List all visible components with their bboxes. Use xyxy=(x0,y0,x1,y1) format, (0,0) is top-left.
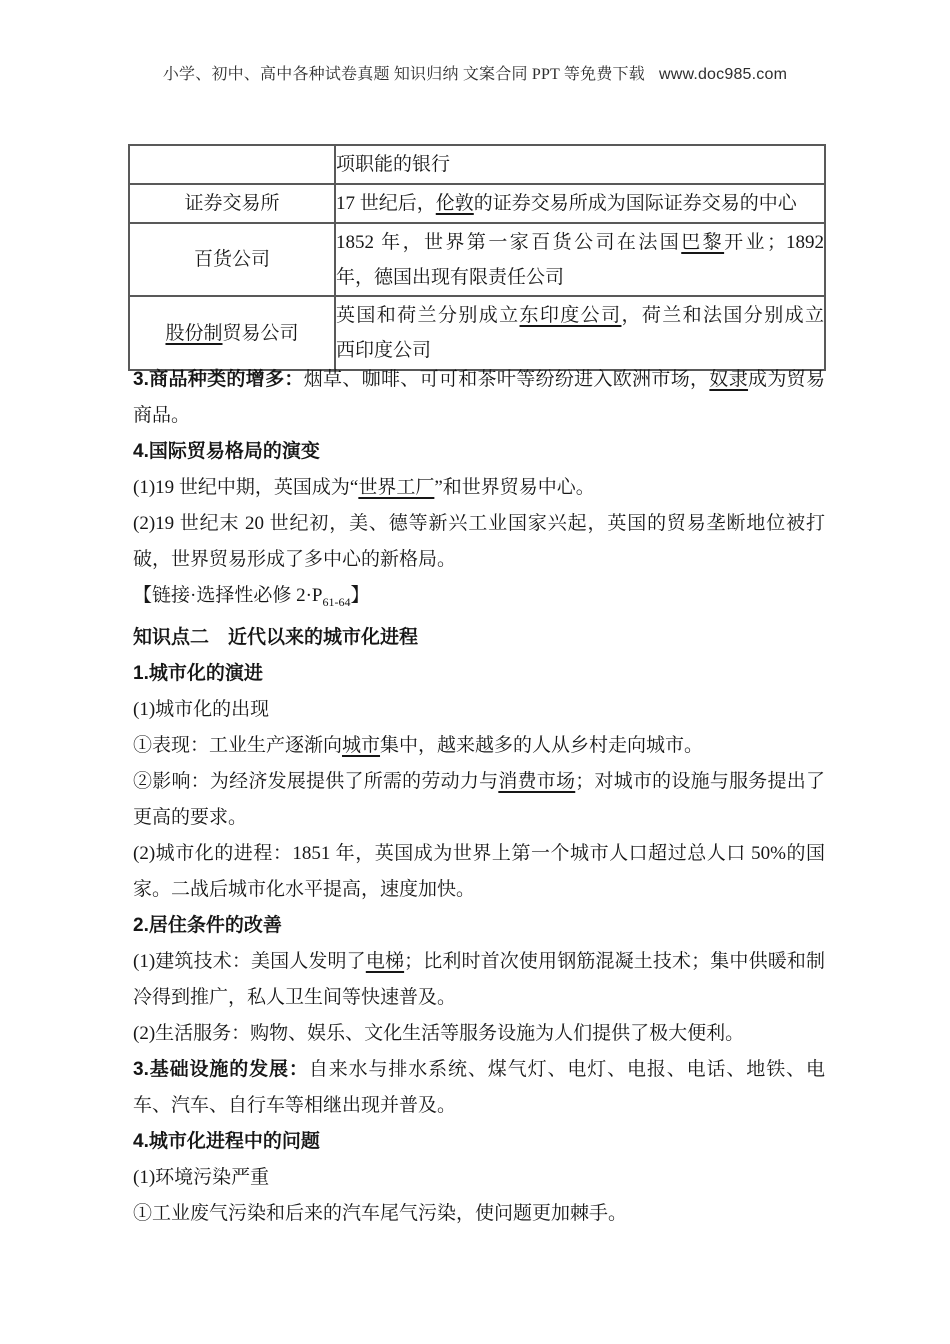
table-cell-description: 17 世纪后，伦敦的证券交易所成为国际证券交易的中心 xyxy=(335,184,825,223)
text-run: 61-64 xyxy=(322,595,350,609)
underlined-text: 巴黎 xyxy=(681,232,724,253)
text-run: 的证券交易所成为国际证券交易的中心 xyxy=(474,193,797,214)
table-cell-term xyxy=(129,145,335,184)
text-run: 英国和荷兰分别成立 xyxy=(336,305,520,326)
text-run: ②影响：为经济发展提供了所需的劳动力与 xyxy=(133,771,498,792)
text-run: (1)城市化的出现 xyxy=(133,699,269,720)
bold-text: 1.城市化的演进 xyxy=(133,663,263,684)
section-heading: 2.居住条件的改善 xyxy=(133,908,825,944)
document-body: 3.商品种类的增多：烟草、咖啡、可可和茶叶等纷纷进入欧洲市场，奴隶成为贸易商品。… xyxy=(133,362,825,1232)
table-cell-term: 股份制贸易公司 xyxy=(129,296,335,370)
table-cell-description: 1852 年，世界第一家百货公司在法国巴黎开业；1892年，德国出现有限责任公司 xyxy=(335,223,825,296)
text-run: 集中，越来越多的人从乡村走向城市。 xyxy=(380,735,703,756)
table-row: 证券交易所17 世纪后，伦敦的证券交易所成为国际证券交易的中心 xyxy=(129,184,825,223)
text-run: ，荷兰和法国分别成立 xyxy=(621,305,824,326)
text-run: 17 世纪后， xyxy=(336,193,436,214)
underlined-text: 城市 xyxy=(342,735,380,756)
content-table-body: 项职能的银行证券交易所17 世纪后，伦敦的证券交易所成为国际证券交易的中心百货公… xyxy=(129,145,825,370)
text-run: 百货公司 xyxy=(194,249,270,270)
text-run: 证券交易所 xyxy=(184,193,279,214)
underlined-text: 伦敦 xyxy=(436,193,474,214)
text-run: 贸易公司 xyxy=(223,323,299,344)
paragraph: (2)生活服务：购物、娱乐、文化生活等服务设施为人们提供了极大便利。 xyxy=(133,1016,825,1052)
cell-line: 项职能的银行 xyxy=(336,147,824,182)
text-run: ”和世界贸易中心。 xyxy=(434,477,594,498)
cell-line: 年，德国出现有限责任公司 xyxy=(336,260,824,295)
underlined-text: 奴隶 xyxy=(709,369,748,390)
cell-line: 17 世纪后，伦敦的证券交易所成为国际证券交易的中心 xyxy=(336,186,824,221)
text-run: 1852 年，世界第一家百货公司在法国 xyxy=(336,232,681,253)
bold-text: 3.基础设施的发展： xyxy=(133,1059,309,1080)
bold-text: 知识点二 近代以来的城市化进程 xyxy=(133,627,418,648)
paragraph: 3.商品种类的增多：烟草、咖啡、可可和茶叶等纷纷进入欧洲市场，奴隶成为贸易商品。 xyxy=(133,362,825,434)
section-heading: 知识点二 近代以来的城市化进程 xyxy=(133,620,825,656)
text-run: (1)建筑技术：美国人发明了 xyxy=(133,951,366,972)
text-run: 烟草、咖啡、可可和茶叶等纷纷进入欧洲市场， xyxy=(304,369,710,390)
underlined-text: 世界工厂 xyxy=(358,477,434,498)
text-run: (1)环境污染严重 xyxy=(133,1167,269,1188)
table-cell-description: 英国和荷兰分别成立东印度公司，荷兰和法国分别成立西印度公司 xyxy=(335,296,825,370)
text-run: 】 xyxy=(350,585,369,606)
section-heading: 1.城市化的演进 xyxy=(133,656,825,692)
paragraph: ①工业废气污染和后来的汽车尾气污染，使问题更加棘手。 xyxy=(133,1196,825,1232)
bold-text: 4.国际贸易格局的演变 xyxy=(133,441,320,462)
table-container: 项职能的银行证券交易所17 世纪后，伦敦的证券交易所成为国际证券交易的中心百货公… xyxy=(128,144,826,371)
text-run: 西印度公司 xyxy=(336,340,431,361)
section-heading: 4.城市化进程中的问题 xyxy=(133,1124,825,1160)
table-cell-term: 百货公司 xyxy=(129,223,335,296)
paragraph: 3.基础设施的发展：自来水与排水系统、煤气灯、电灯、电报、电话、地铁、电车、汽车… xyxy=(133,1052,825,1124)
content-table: 项职能的银行证券交易所17 世纪后，伦敦的证券交易所成为国际证券交易的中心百货公… xyxy=(128,144,826,371)
text-run: ①表现：工业生产逐渐向 xyxy=(133,735,342,756)
paragraph: (1)19 世纪中期，英国成为“世界工厂”和世界贸易中心。 xyxy=(133,470,825,506)
page-header: 小学、初中、高中各种试卷真题 知识归纳 文案合同 PPT 等免费下载www.do… xyxy=(0,63,950,87)
paragraph: (1)环境污染严重 xyxy=(133,1160,825,1196)
paragraph: (2)19 世纪末 20 世纪初，美、德等新兴工业国家兴起，英国的贸易垄断地位被… xyxy=(133,506,825,578)
table-row: 股份制贸易公司英国和荷兰分别成立东印度公司，荷兰和法国分别成立西印度公司 xyxy=(129,296,825,370)
table-cell-description: 项职能的银行 xyxy=(335,145,825,184)
underlined-text: 电梯 xyxy=(366,951,404,972)
text-run: (1)19 世纪中期，英国成为“ xyxy=(133,477,358,498)
bold-text: 4.城市化进程中的问题 xyxy=(133,1131,320,1152)
table-row: 百货公司1852 年，世界第一家百货公司在法国巴黎开业；1892年，德国出现有限… xyxy=(129,223,825,296)
paragraph: (1)城市化的出现 xyxy=(133,692,825,728)
header-site-link[interactable]: www.doc985.com xyxy=(659,66,787,83)
underlined-text: 股份制 xyxy=(165,323,222,344)
document-page: 小学、初中、高中各种试卷真题 知识归纳 文案合同 PPT 等免费下载www.do… xyxy=(0,0,950,1344)
header-text: 小学、初中、高中各种试卷真题 知识归纳 文案合同 PPT 等免费下载 xyxy=(163,66,645,83)
paragraph: (1)建筑技术：美国人发明了电梯；比利时首次使用钢筋混凝土技术；集中供暖和制冷得… xyxy=(133,944,825,1016)
bold-text: 3.商品种类的增多： xyxy=(133,369,304,390)
paragraph: ②影响：为经济发展提供了所需的劳动力与消费市场；对城市的设施与服务提出了更高的要… xyxy=(133,764,825,836)
section-heading: 4.国际贸易格局的演变 xyxy=(133,434,825,470)
text-run: 年，德国出现有限责任公司 xyxy=(336,267,564,288)
paragraph: ①表现：工业生产逐渐向城市集中，越来越多的人从乡村走向城市。 xyxy=(133,728,825,764)
text-run: (2)生活服务：购物、娱乐、文化生活等服务设施为人们提供了极大便利。 xyxy=(133,1023,744,1044)
table-cell-term: 证券交易所 xyxy=(129,184,335,223)
underlined-text: 消费市场 xyxy=(498,771,575,792)
cell-line: 1852 年，世界第一家百货公司在法国巴黎开业；1892 xyxy=(336,225,824,260)
cell-line: 英国和荷兰分别成立东印度公司，荷兰和法国分别成立 xyxy=(336,298,824,333)
text-run: 开业；1892 xyxy=(724,232,824,253)
table-row: 项职能的银行 xyxy=(129,145,825,184)
text-run: ①工业废气污染和后来的汽车尾气污染，使问题更加棘手。 xyxy=(133,1203,627,1224)
bold-text: 2.居住条件的改善 xyxy=(133,915,282,936)
paragraph: 【链接·选择性必修 2·P61-64】 xyxy=(133,578,825,620)
text-run: 项职能的银行 xyxy=(336,154,450,175)
paragraph: (2)城市化的进程：1851 年，英国成为世界上第一个城市人口超过总人口 50%… xyxy=(133,836,825,908)
text-run: 【链接·选择性必修 2·P xyxy=(133,585,322,606)
text-run: (2)城市化的进程：1851 年，英国成为世界上第一个城市人口超过总人口 50%… xyxy=(133,843,825,900)
text-run: (2)19 世纪末 20 世纪初，美、德等新兴工业国家兴起，英国的贸易垄断地位被… xyxy=(133,513,825,570)
underlined-text: 东印度公司 xyxy=(520,305,622,326)
